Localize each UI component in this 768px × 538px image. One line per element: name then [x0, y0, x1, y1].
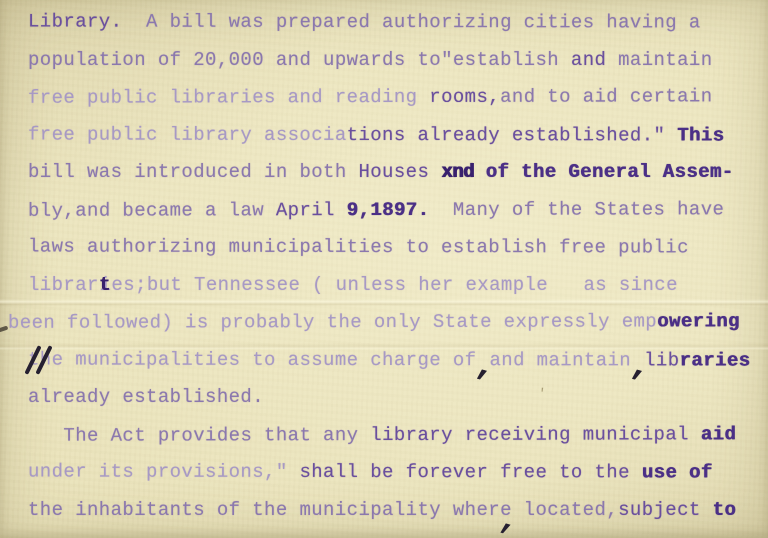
typed-line: been followed) is probably the only Stat… — [8, 303, 754, 342]
text-segment: 9,1897. — [347, 198, 430, 220]
text-segment: rooms, — [429, 86, 500, 108]
typed-line: The Act provides that any library receiv… — [28, 416, 754, 455]
stray-ink-mark: ' — [537, 386, 546, 402]
text-segment: free public libraries and reading — [28, 86, 429, 109]
text-segment: bill was introduced in both — [28, 161, 358, 183]
text-segment: tions already established." — [347, 123, 677, 145]
text-segment: bly,and became a law — [28, 199, 276, 222]
text-segment: xnd — [441, 161, 474, 183]
text-segment: Library. — [28, 10, 122, 32]
document-scan-page: Library. A bill was prepared authorizing… — [0, 0, 768, 538]
text-segment: the inhabitants of the municipality wher… — [28, 499, 618, 521]
text-segment: population of 20,000 and upwards to"esta… — [28, 49, 571, 71]
typed-line: the inhabitants of the municipality wher… — [28, 492, 754, 530]
text-segment: use of — [642, 461, 713, 483]
text-segment: and maintain — [489, 349, 631, 371]
text-segment: April — [276, 199, 347, 221]
text-segment: A bill was prepared authorizing cities h… — [122, 11, 700, 34]
text-segment: This — [677, 124, 724, 146]
text-segment: free public library associa — [28, 123, 347, 145]
text-segment: and to aid certain — [500, 85, 712, 107]
text-segment — [474, 161, 486, 183]
typed-line: librarties;but Tennessee ( unless her ex… — [28, 267, 754, 305]
text-segment: ies;but Tennessee ( unless her example a… — [100, 274, 678, 296]
typed-text-block: Library. A bill was prepared authorizing… — [0, 0, 768, 529]
text-segment: owering — [657, 310, 740, 332]
typed-line: bill was introduced in both Houses xnd o… — [28, 154, 754, 192]
text-segment: maintain — [606, 49, 712, 71]
typed-line: free public library associations already… — [28, 116, 754, 155]
text-segment: laws authorizing municipalities to estab… — [28, 235, 689, 258]
typed-line: free public libraries and reading rooms,… — [28, 78, 754, 117]
typed-line: the municipalities to assume charge of,a… — [28, 341, 754, 380]
typed-line: population of 20,000 and upwards to"esta… — [28, 42, 754, 80]
text-segment: library receiving municipal — [370, 423, 700, 446]
text-segment: librar — [28, 274, 99, 296]
text-segment: raries — [680, 349, 751, 371]
text-segment: e municipalities to assume charge of — [52, 348, 477, 371]
text-segment: and — [571, 49, 606, 71]
text-segment: shall be forever free to the — [299, 461, 641, 483]
text-segment: Houses — [358, 161, 441, 183]
typed-line: Library. A bill was prepared authorizing… — [28, 3, 754, 42]
text-segment: been followed) is probably the only Stat… — [8, 310, 657, 333]
handwritten-comma: , — [477, 365, 490, 368]
text-segment: of the General Assem- — [486, 161, 734, 183]
overtyped-char: t — [99, 274, 111, 296]
text-segment: The Act provides that any — [28, 424, 370, 447]
typed-line: laws authorizing municipalities to estab… — [28, 228, 754, 267]
text-segment: under its provisions," — [28, 460, 299, 482]
text-segment: already established. — [28, 386, 264, 408]
pen-strikeout-word: th — [28, 348, 52, 370]
text-segment: subject — [618, 499, 712, 521]
text-segment: to — [713, 499, 737, 521]
text-segment: Many of the States have — [429, 198, 724, 221]
handwritten-comma: , — [631, 365, 644, 368]
typed-line: bly,and became a law April 9,1897. Many … — [28, 191, 754, 230]
typed-line: under its provisions," shall be forever … — [28, 453, 754, 492]
text-segment: aid — [701, 423, 736, 445]
